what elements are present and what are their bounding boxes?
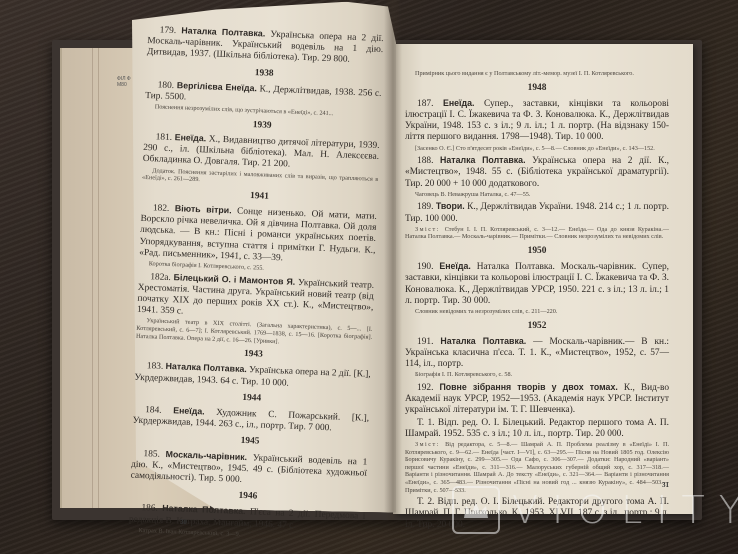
year-heading: 1950 xyxy=(405,246,669,257)
bibliography-entry: Т. 1. Відп. ред. О. І. Білецький. Редакт… xyxy=(405,418,669,440)
contents-label: Зміст: xyxy=(415,226,445,233)
bibliography-entry: 191. Наталка Полтавка. — Москаль-чарівни… xyxy=(405,336,669,371)
bibliography-entry: 182а. Білецький О. і Мамонтов Я. Українс… xyxy=(137,270,375,325)
watermark-text: VIOLITY xyxy=(512,488,738,532)
right-page-entries: 1948187. Енеїда. Супер., заставки, кінці… xyxy=(405,83,669,531)
entry-title: Твори. xyxy=(436,201,465,211)
bibliography-entry: 183. Наталка Полтавка. Українська опера … xyxy=(134,360,371,392)
museum-copy-note: Примірник цього видання є у Полтавському… xyxy=(405,70,669,78)
year-heading: 1952 xyxy=(405,321,669,332)
entry-title: Повне зібрання творів у двох томах. xyxy=(439,382,617,392)
crown-logo-icon xyxy=(452,486,500,534)
entry-title: Москаль-чарівник. xyxy=(165,449,247,462)
entry-title: Енеїда. xyxy=(173,405,205,416)
bibliography-entry: 192. Повне зібрання творів у двох томах.… xyxy=(405,382,669,417)
bibliography-entry: 187. Енеїда. Супер., заставки, кінцівки … xyxy=(405,98,669,144)
year-heading: 1948 xyxy=(405,83,669,94)
entry-title: Наталка Полтавка. xyxy=(440,336,526,346)
entry-title: Енеїда. xyxy=(175,132,207,143)
bibliography-entry: 188. Наталка Полтавка. Українська опера … xyxy=(405,155,669,190)
entry-title: Наталка Полтавка. xyxy=(162,503,246,516)
bibliography-entry: 189. Твори. К., Держлітвидав України. 19… xyxy=(405,201,669,224)
bibliography-entry: 182. Віють вітри. Сонце низенько. Ой мат… xyxy=(139,202,377,268)
entry-note: Зміст: Стебун І. І. П. Котляревський, с.… xyxy=(405,226,669,241)
entry-title: Віють вітри. xyxy=(175,203,232,215)
bibliography-entry: 185. Москаль-чарівник. Український водев… xyxy=(130,447,367,491)
entry-note: Біографія І. П. Котляревського, с. 58. xyxy=(405,371,669,379)
bibliography-entry: 184. Енеїда. Художник С. Пожарський. [К.… xyxy=(133,404,370,436)
bibliography-entry: 190. Енеїда. Наталка Полтавка. Москаль-ч… xyxy=(405,261,669,307)
book-gutter xyxy=(384,0,402,520)
entry-note: Чаговець В. Неважруша Наталка, с. 47—55. xyxy=(405,191,669,199)
left-edge-label: ФІЛ Ф М80 xyxy=(117,76,131,88)
entry-title: Наталка Полтавка. xyxy=(165,361,247,374)
contents-label: Зміст: xyxy=(415,441,445,448)
page-number-left: 30 xyxy=(180,518,187,526)
left-page-text: 179. Наталка Полтавка. Українська опера … xyxy=(128,24,384,546)
right-page-text: Примірник цього видання є у Полтавському… xyxy=(405,70,669,532)
entry-title: Вергілієва Енеїда. xyxy=(177,80,257,93)
entry-title: Наталка Полтавка. xyxy=(181,25,265,38)
entry-title: Енеїда. xyxy=(443,98,474,108)
entry-title: Наталка Полтавка. xyxy=(440,155,525,165)
entry-note: [Засенко О. Є.] Сто п'ятдесят років «Ене… xyxy=(405,145,669,153)
watermark: VIOLITY xyxy=(452,484,738,536)
entry-title: Білецький О. і Мамонтов Я. xyxy=(173,272,295,287)
entry-note: Словник невідомих та незрозумілих слів, … xyxy=(405,308,669,316)
entry-title: Енеїда. xyxy=(439,261,470,271)
